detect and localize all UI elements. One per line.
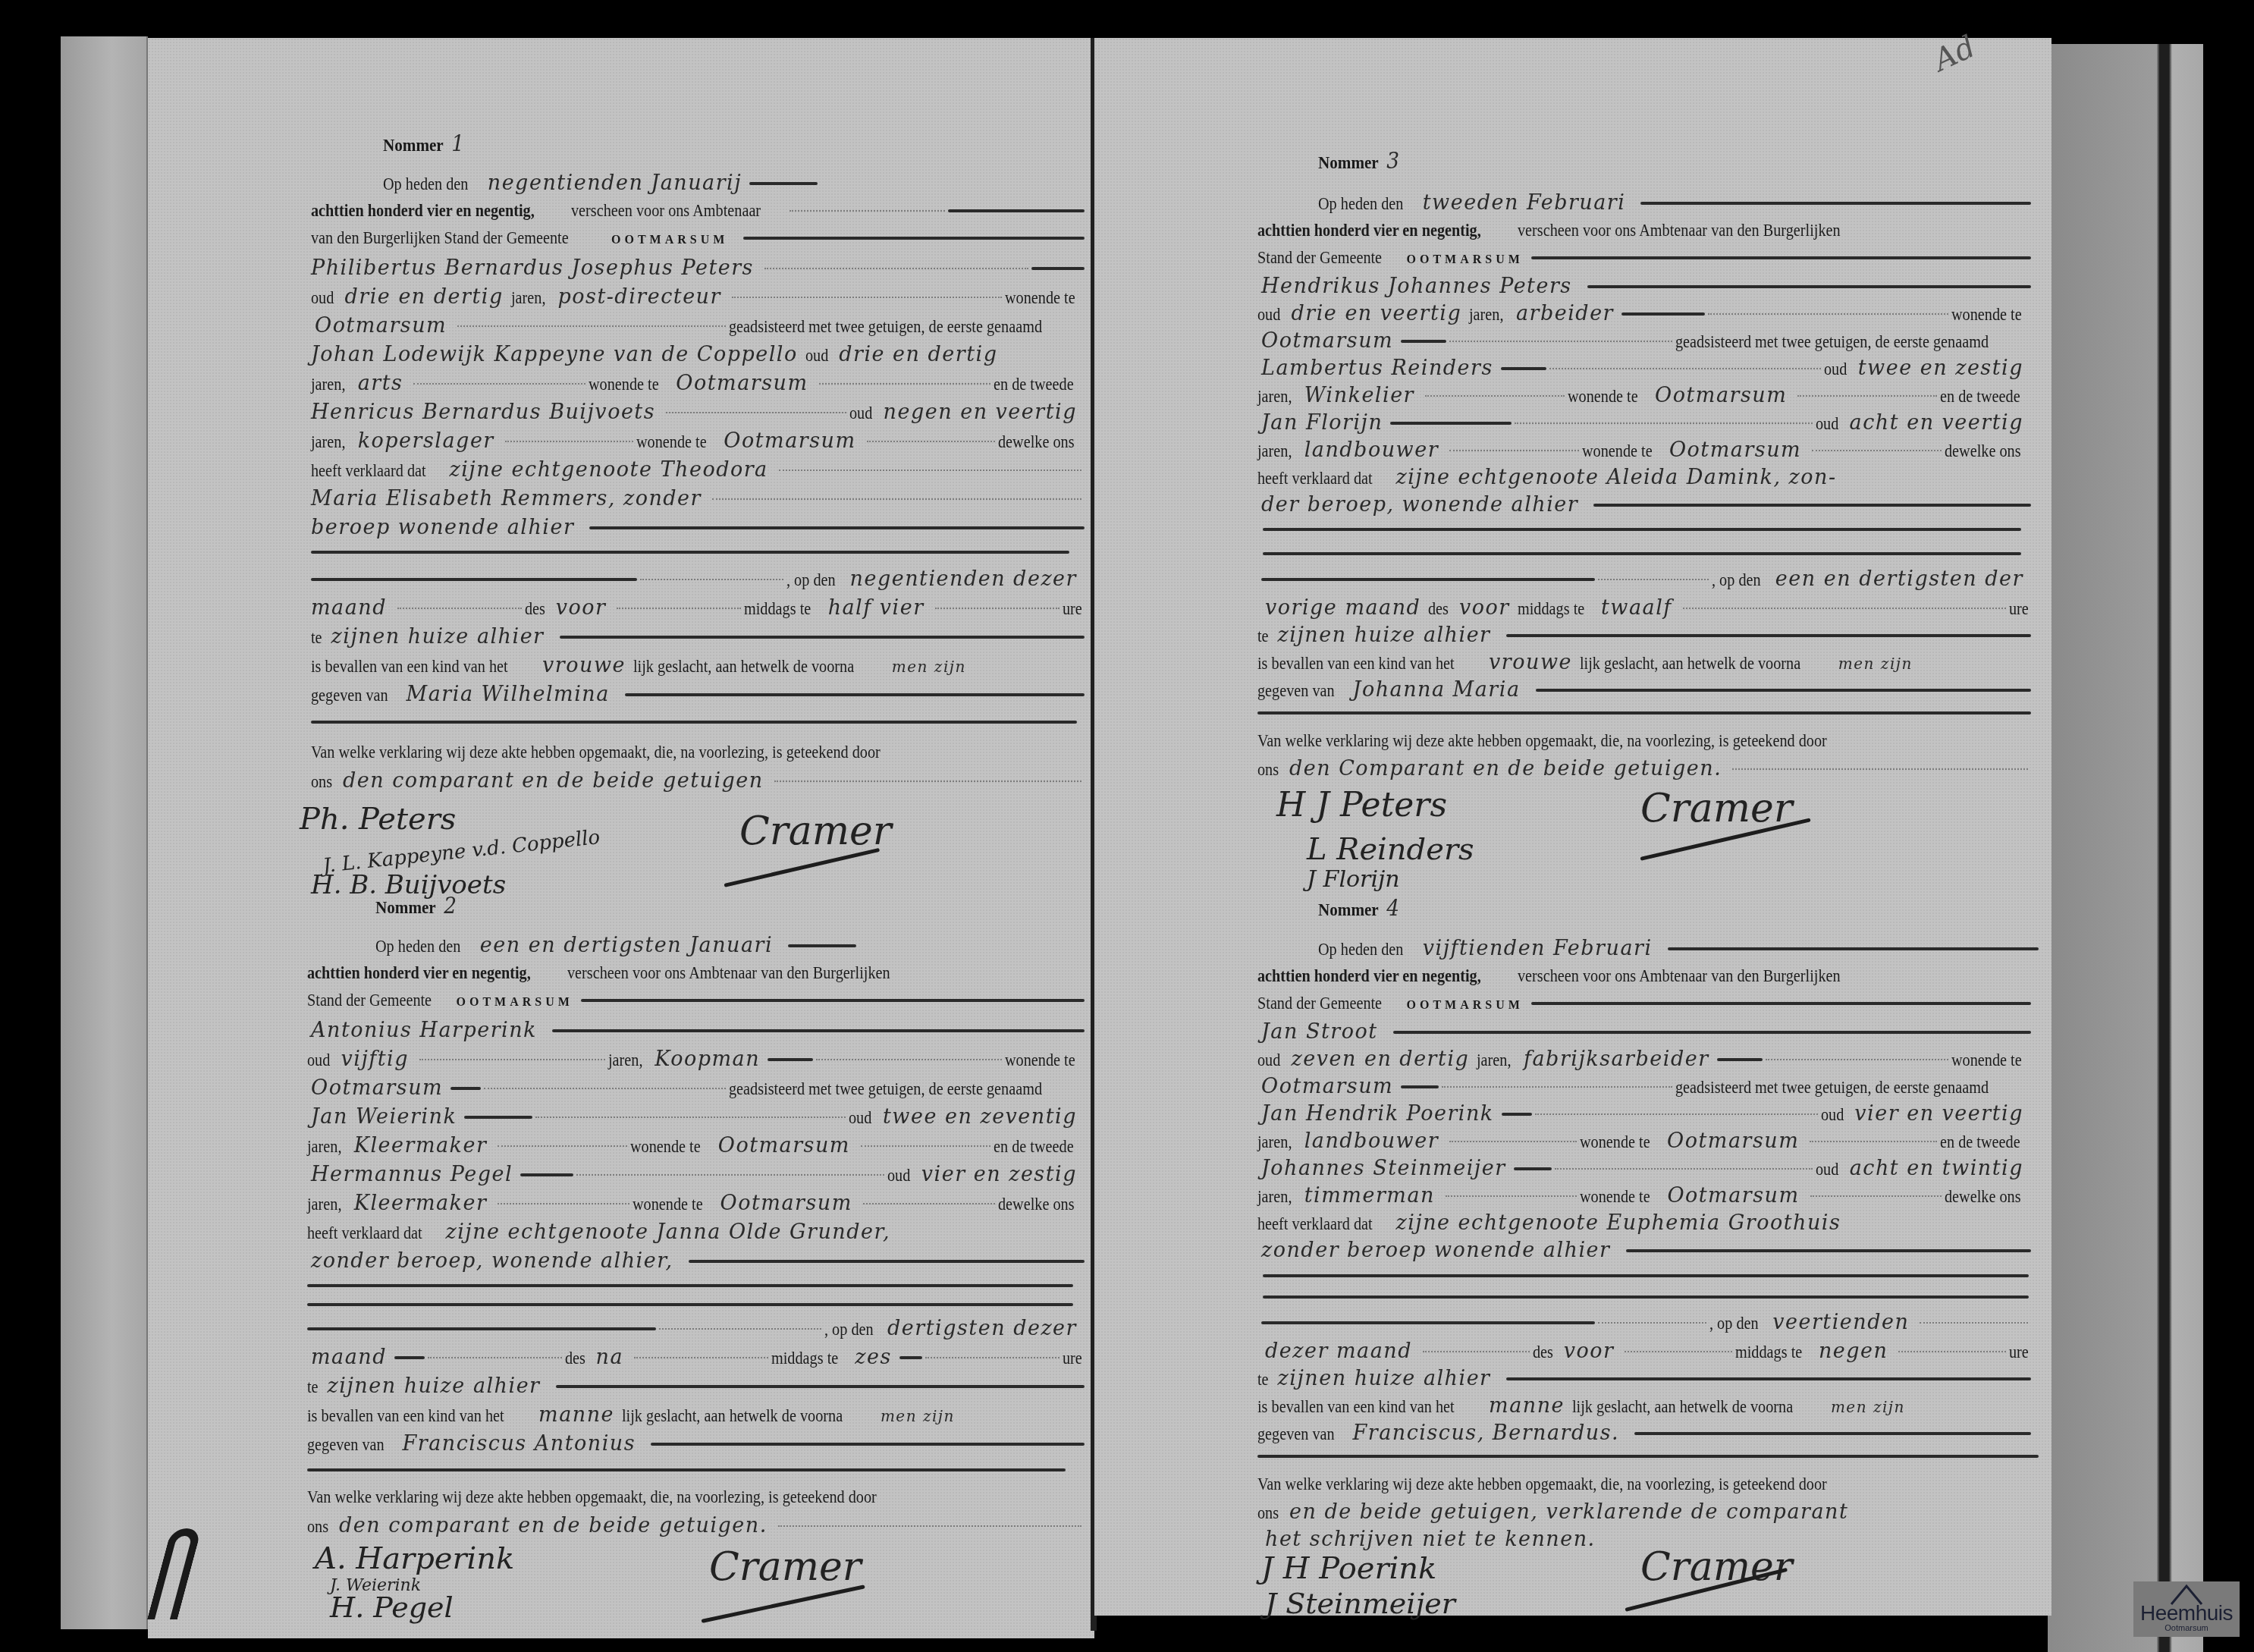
op-den-label: , op den bbox=[824, 1321, 874, 1338]
geslacht-label: lijk geslacht, aan hetwelk de voorna bbox=[622, 1407, 843, 1424]
stand-label: Stand der Gemeente bbox=[307, 991, 432, 1009]
declarant-residence: Ootmarsum bbox=[303, 1078, 450, 1098]
declarant-age: vijftig bbox=[334, 1049, 417, 1069]
closing-statement: Van welke verklaring wij deze akte hebbe… bbox=[1257, 1475, 1827, 1493]
birth-place: zijnen huize alhier bbox=[1270, 1368, 1499, 1389]
op-heden-label: Op heden den bbox=[1318, 941, 1403, 958]
filler-rule bbox=[307, 1284, 1073, 1287]
left-page: Nommer1 Op heden dennegentienden Januari… bbox=[148, 38, 1094, 1638]
witness2-age: vier en zestig bbox=[914, 1164, 1085, 1185]
statement-line: zonder beroep wonende alhier bbox=[1254, 1240, 1618, 1261]
birth-date: dertigsten dezer bbox=[880, 1318, 1085, 1339]
statement-line: zijne echtgenoote Janna Olde Grunder, bbox=[438, 1222, 898, 1242]
filler-rule bbox=[307, 1468, 1066, 1471]
gegeven-label: gegeven van bbox=[1257, 1425, 1335, 1443]
logo-subtitle: Ootmarsum bbox=[2133, 1624, 2240, 1633]
wonende-label: wonende te bbox=[1580, 1133, 1650, 1151]
page-stack-left-edge bbox=[61, 36, 148, 1629]
year-line: achttien honderd vier en negentig, bbox=[307, 964, 531, 981]
oud-label: oud bbox=[307, 1051, 330, 1069]
municipality: OOTMARSUM bbox=[1406, 1000, 1523, 1012]
middags-label: middags te bbox=[1735, 1343, 1802, 1361]
statement-line: zijne echtgenoote Euphemia Groothuis bbox=[1388, 1213, 1848, 1233]
jaren-label: jaren, bbox=[307, 1195, 342, 1213]
verscheen-label: verscheen voor ons Ambtenaar van den Bur… bbox=[567, 964, 890, 981]
entry-number-label: Nommer2 bbox=[375, 895, 457, 918]
witness2-occupation: Kleermaker bbox=[347, 1193, 495, 1214]
op-den-label: , op den bbox=[1709, 1314, 1759, 1332]
wonende-label: wonende te bbox=[633, 1195, 703, 1213]
signature-witness1: J H Poerink bbox=[1261, 1553, 1436, 1584]
scanned-register-spread: Nommer1 Op heden dennegentienden Januari… bbox=[0, 0, 2254, 1652]
heemhuis-watermark-logo: Heemhuis Ootmarsum bbox=[2133, 1581, 2240, 1637]
declarant-name: Antonius Harperink bbox=[303, 1020, 545, 1041]
signature-flourish bbox=[701, 1584, 865, 1623]
gegeven-label: gegeven van bbox=[307, 1436, 385, 1453]
witness1-residence: Ootmarsum bbox=[711, 1135, 858, 1156]
bevallen-label: is bevallen van een kind van het bbox=[1257, 1398, 1455, 1415]
birth-date-cont: dezer maand bbox=[1257, 1341, 1420, 1361]
wonende-label: wonende te bbox=[1005, 1051, 1075, 1069]
tweede-label: en de tweede bbox=[1940, 1133, 2020, 1151]
dewelke-label: dewelke ons bbox=[1945, 1188, 2021, 1205]
filler-rule bbox=[1263, 1274, 2029, 1277]
birth-entry-2: Nommer2 Op heden deneen en dertigsten Ja… bbox=[148, 38, 1094, 1638]
voorna-suffix: men zijn bbox=[1823, 1399, 1913, 1415]
oud-label: oud bbox=[849, 1109, 871, 1126]
signature-official: Cramer bbox=[709, 1547, 862, 1587]
record-date: vijftienden Februari bbox=[1415, 938, 1660, 959]
jaren-label: jaren, bbox=[1257, 1133, 1292, 1151]
witness2-residence: Ootmarsum bbox=[713, 1193, 860, 1214]
municipality: OOTMARSUM bbox=[456, 997, 573, 1009]
filler-rule bbox=[1263, 1296, 2029, 1299]
declarant-residence: Ootmarsum bbox=[1254, 1076, 1401, 1097]
jaren-label: jaren, bbox=[1257, 1188, 1292, 1205]
declarant-age: zeven en dertig bbox=[1284, 1049, 1477, 1069]
statement-line: zonder beroep, wonende alhier, bbox=[303, 1251, 681, 1271]
signature-declarant: A. Harperink bbox=[315, 1544, 514, 1574]
witness1-name: Jan Hendrik Poerink bbox=[1254, 1104, 1502, 1124]
jaren-label: jaren, bbox=[1477, 1051, 1512, 1069]
middags-label: middags te bbox=[771, 1349, 838, 1367]
geslacht-label: lijk geslacht, aan hetwelk de voorna bbox=[1572, 1398, 1793, 1415]
oud-label: oud bbox=[1257, 1051, 1280, 1069]
birth-date-cont: maand bbox=[303, 1347, 394, 1368]
witness2-residence: Ootmarsum bbox=[1659, 1186, 1807, 1206]
declarant-occupation: Koopman bbox=[647, 1049, 768, 1069]
year-line: achttien honderd vier en negentig, bbox=[1257, 967, 1481, 985]
voor-na: na bbox=[589, 1347, 632, 1368]
signed-by-cont: het schrijven niet te kennen. bbox=[1257, 1529, 1603, 1550]
right-page: Nommer3 Op heden dentweeden Februari ach… bbox=[1094, 38, 2052, 1616]
jaren-label: jaren, bbox=[608, 1051, 643, 1069]
te-label: te bbox=[1257, 1371, 1269, 1388]
witness1-occupation: Kleermaker bbox=[347, 1135, 495, 1156]
stand-label: Stand der Gemeente bbox=[1257, 994, 1382, 1012]
child-sex: manne bbox=[531, 1405, 622, 1425]
wonende-label: wonende te bbox=[1580, 1188, 1650, 1205]
filler-rule bbox=[307, 1303, 1073, 1306]
witness2-name: Hermannus Pegel bbox=[303, 1164, 520, 1185]
witness1-age: twee en zeventig bbox=[875, 1107, 1085, 1127]
des-label: des bbox=[1533, 1343, 1553, 1361]
voor-na: voor bbox=[1556, 1341, 1622, 1361]
wonende-label: wonende te bbox=[630, 1138, 701, 1155]
birth-time: negen bbox=[1811, 1341, 1896, 1361]
witness1-name: Jan Weierink bbox=[303, 1107, 464, 1127]
birth-entry-4: Nommer4 Op heden denvijftienden Februari… bbox=[1094, 38, 2052, 1616]
witness2-age: acht en twintig bbox=[1842, 1158, 2031, 1179]
ons-label: ons bbox=[1257, 1504, 1279, 1522]
signed-by: den comparant en de beide getuigen. bbox=[331, 1515, 775, 1536]
birth-date: veertienden bbox=[1765, 1312, 1917, 1333]
tweede-label: en de tweede bbox=[994, 1138, 1074, 1155]
entry-number-label: Nommer4 bbox=[1318, 897, 1399, 920]
geadsisteerd-label: geadsisteerd met twee getuigen, de eerst… bbox=[729, 1080, 1042, 1098]
closing-statement: Van welke verklaring wij deze akte hebbe… bbox=[307, 1488, 877, 1506]
entry-number: 4 bbox=[1386, 895, 1399, 922]
witness1-age: vier en veertig bbox=[1847, 1104, 2031, 1124]
voorna-suffix: men zijn bbox=[873, 1409, 962, 1424]
birth-time: zes bbox=[847, 1347, 899, 1368]
declarant-occupation: fabrijksarbeider bbox=[1516, 1049, 1717, 1069]
record-date: een en dertigsten Januari bbox=[472, 935, 780, 956]
op-heden-label: Op heden den bbox=[375, 937, 460, 955]
child-given-names: Franciscus Antonius bbox=[395, 1434, 643, 1454]
verklaard-label: heeft verklaard dat bbox=[307, 1224, 422, 1242]
des-label: des bbox=[565, 1349, 585, 1367]
signed-by: en de beide getuigen, verklarende de com… bbox=[1282, 1502, 1856, 1522]
logo-name: Heemhuis bbox=[2133, 1601, 2240, 1625]
signature-witness2: H. Pegel bbox=[330, 1593, 454, 1622]
ure-label: ure bbox=[1063, 1349, 1082, 1367]
child-sex: manne bbox=[1481, 1396, 1572, 1416]
witness2-name: Johannes Steinmeijer bbox=[1254, 1158, 1514, 1179]
verscheen-label: verscheen voor ons Ambtenaar van den Bur… bbox=[1518, 967, 1841, 985]
dewelke-label: dewelke ons bbox=[998, 1195, 1075, 1213]
bevallen-label: is bevallen van een kind van het bbox=[307, 1407, 504, 1424]
ons-label: ons bbox=[307, 1518, 328, 1535]
signature-witness2: J Steinmeijer bbox=[1265, 1589, 1455, 1618]
geadsisteerd-label: geadsisteerd met twee getuigen, de eerst… bbox=[1675, 1079, 1989, 1096]
oud-label: oud bbox=[887, 1167, 910, 1184]
declarant-name: Jan Stroot bbox=[1254, 1022, 1386, 1042]
filler-rule bbox=[1257, 1455, 2039, 1458]
wonende-label: wonende te bbox=[1951, 1051, 2022, 1069]
te-label: te bbox=[307, 1378, 319, 1396]
witness1-residence: Ootmarsum bbox=[1659, 1131, 1807, 1151]
birth-place: zijnen huize alhier bbox=[320, 1376, 548, 1396]
witness1-occupation: landbouwer bbox=[1297, 1131, 1446, 1151]
child-given-names: Franciscus, Bernardus. bbox=[1345, 1423, 1628, 1443]
verklaard-label: heeft verklaard dat bbox=[1257, 1215, 1373, 1233]
jaren-label: jaren, bbox=[307, 1138, 342, 1155]
witness2-occupation: timmerman bbox=[1297, 1186, 1442, 1206]
oud-label: oud bbox=[1821, 1106, 1844, 1123]
signature-official: Cramer bbox=[1640, 1547, 1793, 1587]
entry-number: 2 bbox=[444, 893, 457, 919]
oud-label: oud bbox=[1816, 1160, 1838, 1178]
ure-label: ure bbox=[2009, 1343, 2029, 1361]
page-stack-right-edge bbox=[2048, 44, 2203, 1652]
